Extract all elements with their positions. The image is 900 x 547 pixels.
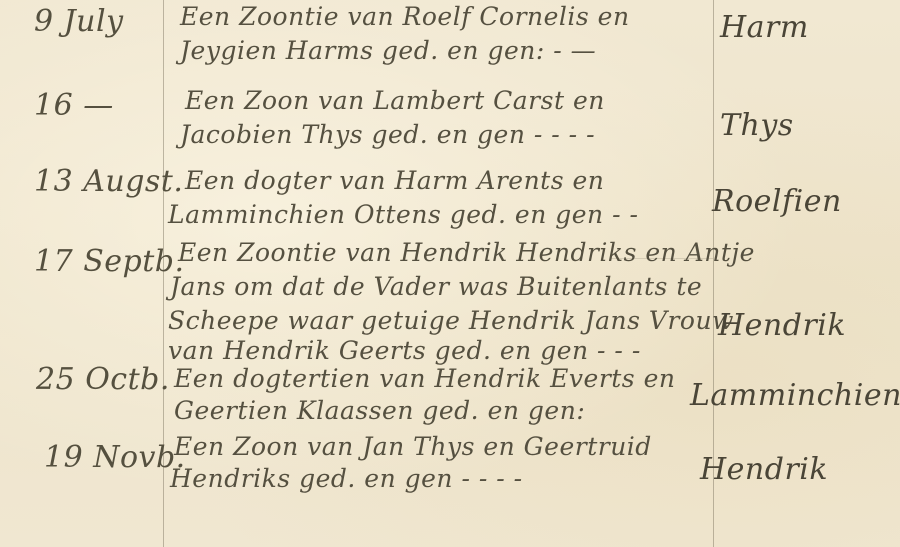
child-name: Lamminchien [690, 378, 900, 413]
entry-line: Hendriks ged. en gen - - - - [170, 464, 523, 493]
entry-line: Jans om dat de Vader was Buitenlants te [170, 272, 702, 301]
child-name: Roelfien [712, 184, 842, 219]
child-name: Harm [720, 10, 809, 45]
entry-date: 16 — [34, 88, 114, 123]
entry-line: Een Zoontie van Roelf Cornelis en [180, 2, 630, 31]
entry-date: 9 July [34, 4, 124, 39]
register-page: 9 July Een Zoontie van Roelf Cornelis en… [0, 0, 900, 547]
entry-line: Jeygien Harms ged. en gen: - — [180, 36, 596, 65]
entry-date: 25 Octb. [36, 362, 170, 397]
entry-line: Jacobien Thys ged. en gen - - - - [180, 120, 595, 149]
entry-line: Een Zoon van Jan Thys en Geertruid [174, 432, 652, 461]
entry-line: Een dogtertien van Hendrik Everts en [174, 364, 675, 393]
entry-line: Lamminchien Ottens ged. en gen - - [168, 200, 638, 229]
entry-line: Scheepe waar getuige Hendrik Jans Vrouw [168, 306, 734, 335]
entry-date: 17 Septb. [34, 244, 185, 279]
entry-date: 13 Augst. [34, 164, 183, 199]
child-name: Hendrik [700, 452, 828, 487]
entry-line: Een Zoon van Lambert Carst en [185, 86, 605, 115]
entry-line: Geertien Klaassen ged. en gen: [174, 396, 585, 425]
child-name: Hendrik [718, 308, 846, 343]
child-name: Thys [720, 108, 794, 143]
entry-line: Een Zoontie van Hendrik Hendriks en Antj… [178, 238, 755, 267]
entry-line: van Hendrik Geerts ged. en gen - - - [168, 336, 641, 365]
entry-date: 19 Novb. [44, 440, 186, 475]
entry-line: Een dogter van Harm Arents en [185, 166, 604, 195]
